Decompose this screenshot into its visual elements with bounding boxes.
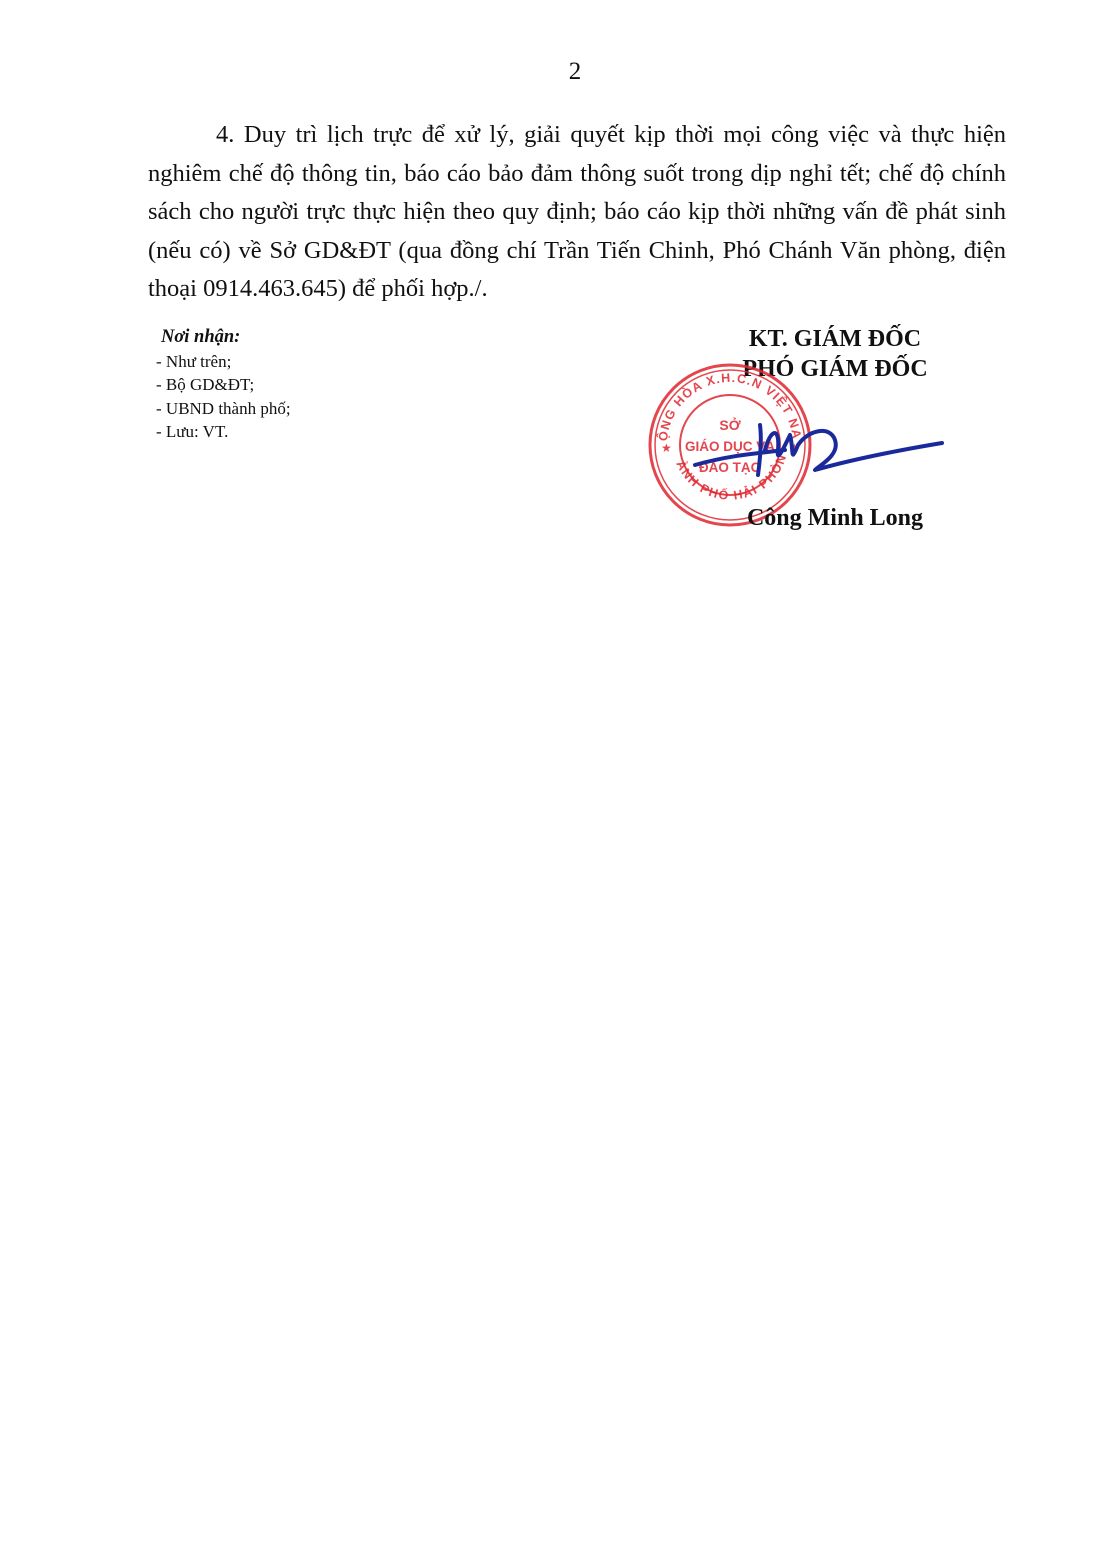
page-number: 2 (0, 58, 1099, 86)
recipient-item: - Như trên; (156, 350, 291, 374)
recipient-item: - UBND thành phố; (156, 397, 291, 421)
handwritten-signature-icon (690, 395, 950, 485)
signer-name: Công Minh Long (690, 505, 980, 532)
svg-text:★: ★ (661, 441, 672, 455)
recipient-item: - Bộ GD&ĐT; (156, 373, 291, 397)
recipients-heading: Nơi nhận: (161, 326, 291, 350)
body-paragraph: 4. Duy trì lịch trực để xử lý, giải quyế… (148, 116, 1006, 309)
signer-title-line1: KT. GIÁM ĐỐC (690, 324, 980, 354)
recipients-list: Nơi nhận: - Như trên; - Bộ GD&ĐT; - UBND… (156, 326, 291, 444)
recipient-item: - Lưu: VT. (156, 420, 291, 444)
